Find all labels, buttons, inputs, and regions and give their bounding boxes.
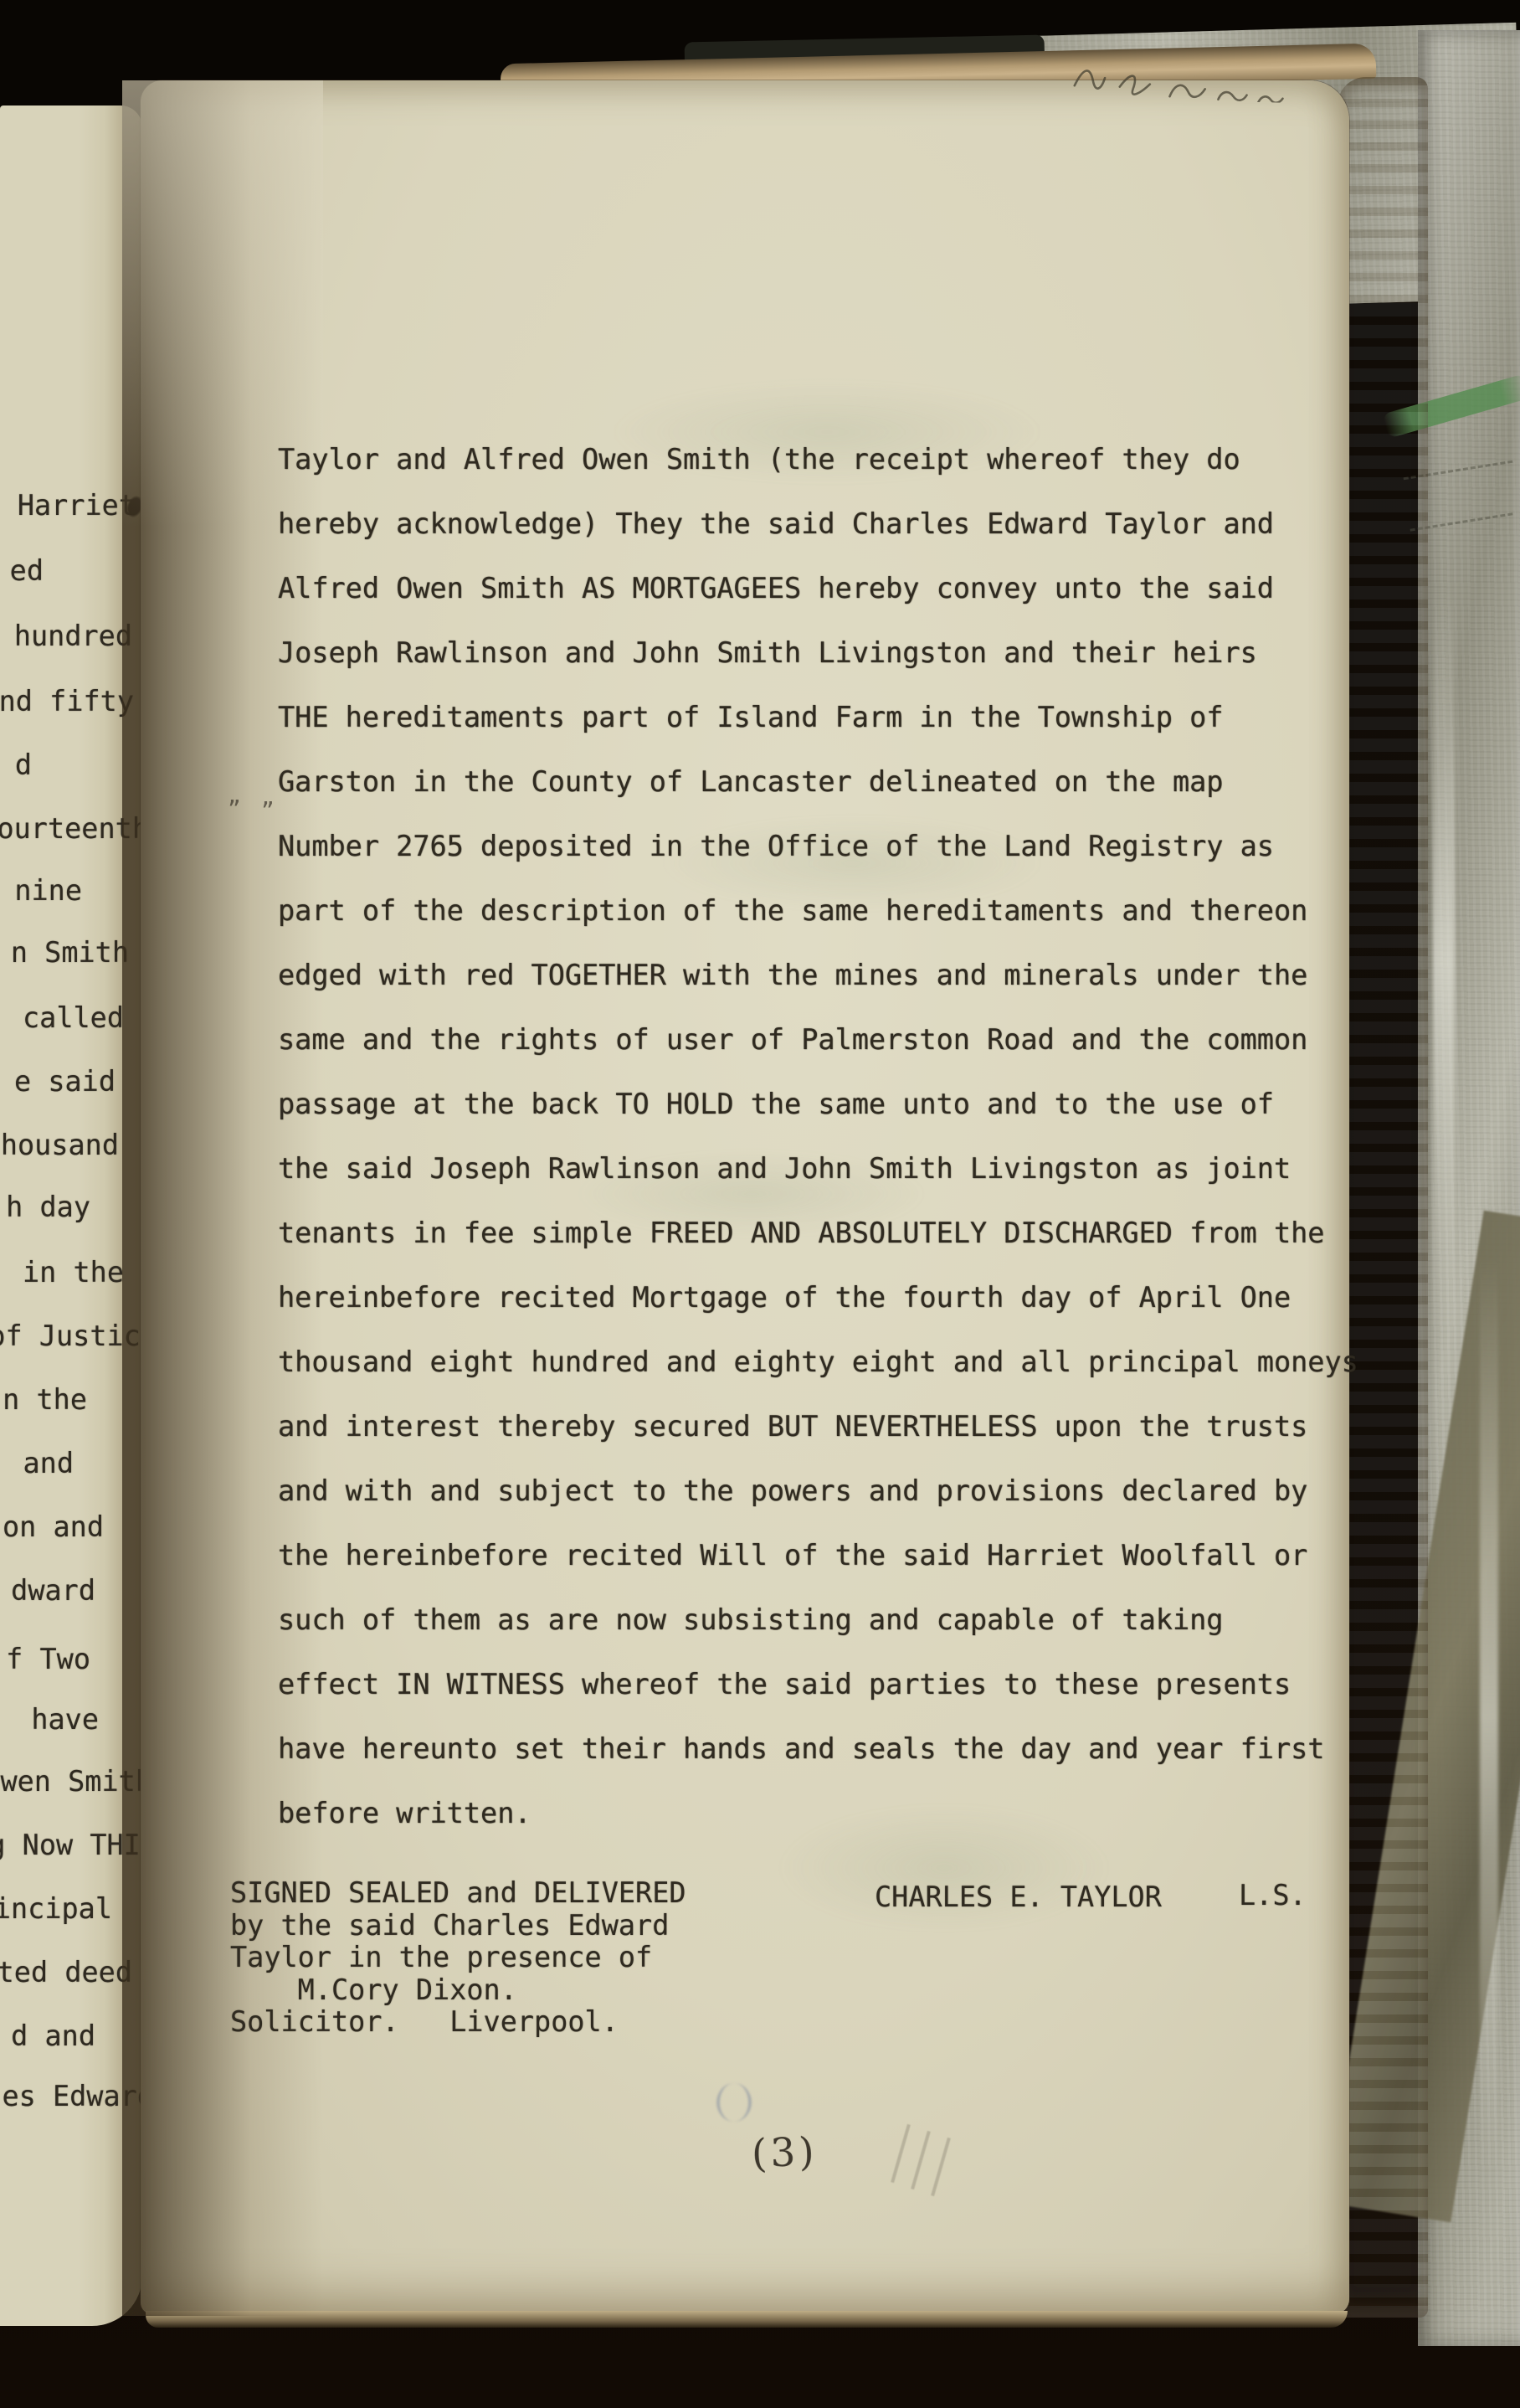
- stray-type-mark: „: [228, 784, 241, 809]
- previous-page-fragment: ourteenth: [0, 812, 149, 845]
- signature-line: M.Cory Dixon.: [230, 1973, 686, 2006]
- scanned-deed-photograph: Harrietedhundrednd fiftydourteenthninen …: [0, 0, 1520, 2408]
- previous-page-fragment: d and: [11, 2020, 95, 2052]
- previous-page-fragment: housand: [1, 1129, 119, 1161]
- typewritten-line: Alfred Owen Smith AS MORTGAGEES hereby c…: [278, 572, 1358, 636]
- pencil-stroke: [931, 2138, 951, 2196]
- previous-page-fragment: and: [23, 1447, 74, 1479]
- previous-page-edge: Harrietedhundrednd fiftydourteenthninen …: [0, 105, 142, 2326]
- previous-page-fragment: ted deed: [0, 1956, 132, 1989]
- previous-page-fragment: incipal: [0, 1892, 112, 1925]
- previous-page-fragment: g Now THIS: [0, 1829, 157, 1861]
- previous-page-fragment: n Smith: [11, 936, 129, 969]
- previous-page-fragment: have: [31, 1703, 99, 1736]
- typewritten-line: THE hereditaments part of Island Farm in…: [278, 701, 1358, 765]
- previous-page-fragment: nine: [14, 874, 82, 907]
- edge-handwriting: [1069, 57, 1321, 104]
- signatory-name: CHARLES E. TAYLOR: [875, 1881, 1162, 1913]
- typewritten-line: the hereinbefore recited Will of the sai…: [278, 1539, 1358, 1603]
- signature-line: SIGNED SEALED and DELIVERED: [230, 1876, 686, 1909]
- typewritten-line: part of the description of the same here…: [278, 894, 1358, 959]
- cover-sheen: [1433, 586, 1455, 1340]
- previous-page-fragment: called: [23, 1001, 124, 1034]
- cover-sheen: [1480, 1256, 1498, 2177]
- typewritten-body: Taylor and Alfred Owen Smith (the receip…: [278, 443, 1358, 1861]
- previous-page-fragment: d: [15, 749, 32, 781]
- document-page: Taylor and Alfred Owen Smith (the receip…: [141, 80, 1349, 2314]
- typewritten-line: passage at the back TO HOLD the same unt…: [278, 1088, 1358, 1152]
- typewritten-line: before written.: [278, 1797, 1358, 1861]
- previous-page-fragment: h day: [6, 1191, 90, 1223]
- typewritten-line: Garston in the County of Lancaster delin…: [278, 765, 1358, 830]
- typewritten-line: hereby acknowledge) They the said Charle…: [278, 507, 1358, 572]
- signature-line: by the said Charles Edward: [230, 1909, 686, 1942]
- pencil-stroke: [911, 2131, 931, 2189]
- seal-mark: L.S.: [1239, 1879, 1307, 1911]
- typewritten-line: effect IN WITNESS whereof the said parti…: [278, 1668, 1358, 1732]
- typewritten-line: same and the rights of user of Palmersto…: [278, 1023, 1358, 1088]
- previous-page-fragment: es Edward: [2, 2080, 154, 2112]
- previous-page-fragment: on and: [3, 1510, 104, 1543]
- previous-page-fragment: e said: [14, 1065, 116, 1098]
- typewritten-line: hereinbefore recited Mortgage of the fou…: [278, 1281, 1358, 1345]
- previous-page-fragment: ed: [10, 554, 44, 587]
- previous-page-fragment: n the: [3, 1383, 87, 1416]
- typewritten-line: Taylor and Alfred Owen Smith (the receip…: [278, 443, 1358, 507]
- stray-type-mark: „: [261, 785, 275, 810]
- signature-line: Taylor in the presence of: [230, 1941, 686, 1973]
- typewritten-line: have hereunto set their hands and seals …: [278, 1732, 1358, 1797]
- signature-line: Solicitor. Liverpool.: [230, 2005, 686, 2038]
- previous-page-fragment: wen Smith: [0, 1765, 152, 1798]
- previous-page-fragment: Harriet: [18, 489, 136, 522]
- previous-page-fragment: dward: [11, 1574, 95, 1607]
- signature-block: SIGNED SEALED and DELIVEREDby the said C…: [230, 1876, 686, 2038]
- typewritten-line: Number 2765 deposited in the Office of t…: [278, 830, 1358, 894]
- previous-page-fragment: in the: [23, 1256, 124, 1289]
- previous-page-fragment: hundred: [14, 620, 132, 652]
- typewritten-line: tenants in fee simple FREED AND ABSOLUTE…: [278, 1217, 1358, 1281]
- typewritten-line: such of them as are now subsisting and c…: [278, 1603, 1358, 1668]
- typewritten-line: edged with red TOGETHER with the mines a…: [278, 959, 1358, 1023]
- bleed-through-page-number: [716, 2083, 752, 2122]
- pencil-stroke: [891, 2124, 911, 2183]
- previous-page-fragment: of Justice: [0, 1320, 157, 1352]
- typewritten-line: the said Joseph Rawlinson and John Smith…: [278, 1152, 1358, 1217]
- typewritten-line: Joseph Rawlinson and John Smith Livingst…: [278, 636, 1358, 701]
- previous-page-fragment: f Two: [6, 1643, 90, 1675]
- previous-page-fragment: nd fifty: [0, 685, 134, 718]
- typewritten-line: thousand eight hundred and eighty eight …: [278, 1345, 1358, 1410]
- typewritten-line: and interest thereby secured BUT NEVERTH…: [278, 1410, 1358, 1474]
- page-number: (3): [751, 2129, 818, 2178]
- typewritten-line: and with and subject to the powers and p…: [278, 1474, 1358, 1539]
